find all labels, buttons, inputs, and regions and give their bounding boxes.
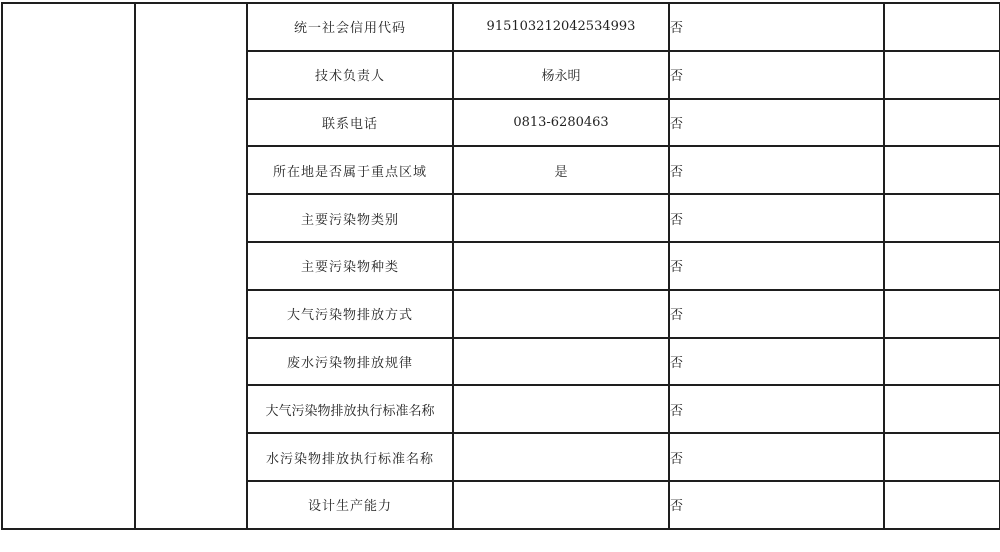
field-note: [884, 433, 1000, 481]
field-flag: 否: [669, 385, 884, 433]
field-label: 联系电话: [247, 99, 453, 147]
field-value: 是: [453, 146, 669, 194]
document-page: 统一社会信用代码 915103212042534993 否 技术负责人 杨永明 …: [0, 0, 1000, 552]
field-value: [453, 481, 669, 529]
field-label: 水污染物排放执行标准名称: [247, 433, 453, 481]
field-note: [884, 99, 1000, 147]
field-note: [884, 51, 1000, 99]
field-note: [884, 194, 1000, 242]
field-flag: 否: [669, 338, 884, 386]
info-table: 统一社会信用代码 915103212042534993 否 技术负责人 杨永明 …: [1, 2, 1000, 530]
field-note: [884, 3, 1000, 51]
merged-category-cell: [2, 3, 135, 529]
field-note: [884, 290, 1000, 338]
field-value: [453, 194, 669, 242]
field-flag: 否: [669, 99, 884, 147]
field-label: 废水污染物排放规律: [247, 338, 453, 386]
field-flag: 否: [669, 290, 884, 338]
field-value: [453, 242, 669, 290]
field-flag: 否: [669, 51, 884, 99]
field-flag: 否: [669, 481, 884, 529]
field-label: 技术负责人: [247, 51, 453, 99]
field-value: 杨永明: [453, 51, 669, 99]
field-flag: 否: [669, 433, 884, 481]
field-note: [884, 242, 1000, 290]
field-value: [453, 385, 669, 433]
field-flag: 否: [669, 3, 884, 51]
field-label: 大气污染物排放方式: [247, 290, 453, 338]
field-flag: 否: [669, 194, 884, 242]
field-value: 915103212042534993: [453, 3, 669, 51]
field-value: 0813-6280463: [453, 99, 669, 147]
field-value: [453, 290, 669, 338]
field-note: [884, 146, 1000, 194]
field-value: [453, 433, 669, 481]
field-label: 大气污染物排放执行标准名称: [247, 385, 453, 433]
field-label: 主要污染物类别: [247, 194, 453, 242]
field-label: 设计生产能力: [247, 481, 453, 529]
table-row: 统一社会信用代码 915103212042534993 否: [2, 3, 1000, 51]
field-note: [884, 338, 1000, 386]
field-label: 统一社会信用代码: [247, 3, 453, 51]
field-flag: 否: [669, 146, 884, 194]
field-note: [884, 481, 1000, 529]
field-note: [884, 385, 1000, 433]
field-value: [453, 338, 669, 386]
field-label: 主要污染物种类: [247, 242, 453, 290]
field-flag: 否: [669, 242, 884, 290]
merged-subcategory-cell: [135, 3, 247, 529]
field-label: 所在地是否属于重点区域: [247, 146, 453, 194]
